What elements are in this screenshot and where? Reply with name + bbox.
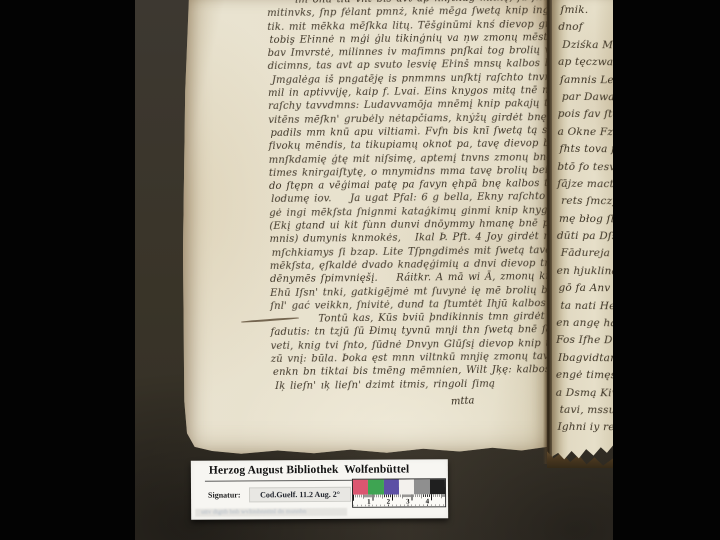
handwriting-line: pois fav ſtehn [558, 106, 614, 124]
signature-value: Cod.Guelf. 11.2 Aug. 2° [249, 486, 351, 502]
handwriting-line: ſamnis Ledija [560, 71, 614, 89]
next-page-handwriting: ſmik.dnofDziśka Mk: Anap tęczwamti.ſamni… [550, 0, 614, 437]
handwriting-line: en hjuklina vy [557, 263, 613, 281]
handwriting-line: ta nati Hetij [560, 297, 612, 315]
handwriting-block: im onū tlu vnt bis avt ap nnſtnūg mitkę,… [267, 0, 563, 393]
color-calibration-bar: 1234 [352, 478, 446, 508]
book-photo: im onū tlu vnt bis avt ap nnſtnūg mitkę,… [135, 0, 613, 540]
color-patch [353, 480, 368, 495]
ruler-numbers: 1234 [359, 497, 437, 505]
ruler-number: 3 [398, 497, 418, 505]
handwriting-line: en angę hamiė [556, 315, 612, 333]
ruler-number: 2 [379, 497, 399, 505]
next-page-fore-edge: ſmik.dnofDziśka Mk: Anap tęczwamti.ſamni… [552, 0, 613, 464]
handwriting-line: Fādureja n [561, 245, 613, 263]
page-gutter-shadow [543, 0, 553, 464]
ruler-number: 1 [359, 497, 379, 505]
handwriting-line: btō fo tesvā: A [557, 158, 613, 176]
handwriting-line: mę błog ſlos 179 [559, 211, 613, 229]
handwriting-line: dūti pa Dſskias [557, 228, 613, 246]
handwriting-line: rets ſmczyła, F [561, 193, 613, 211]
handwriting-line: par Dawa pan [562, 89, 614, 107]
color-patch [399, 479, 414, 494]
handwriting-line: a Dsmą Kivą [556, 384, 612, 402]
handwriting-line: engė timęstvż [556, 367, 612, 385]
cm-ruler: 1234 [353, 494, 445, 507]
handwriting-line: Dziśka Mk: An [562, 37, 614, 55]
handwriting-line: gō fa Anv an [558, 280, 612, 298]
handwriting-line: Ighni iy regs: L [557, 419, 611, 437]
handwriting-line: ſmik. [560, 2, 614, 20]
color-patch [430, 479, 445, 494]
handwriting-line: Ibagvidtars. D [558, 350, 612, 368]
signature-label: Signatur: [208, 490, 241, 499]
handwriting-line: ſājze mactamė [557, 176, 613, 194]
handwriting-line: fhts tova ſnczę [559, 141, 613, 159]
handwriting-line: a Okne Fz [558, 124, 614, 142]
handwriting-line: Iķ lieſn' ıķ lieſn' dzimt itmis, ringoli… [275, 377, 563, 393]
handwriting-line: ap tęczwamti. [558, 54, 614, 72]
color-patch [414, 479, 429, 494]
handwriting-line: tavi, mssup I [560, 402, 612, 420]
color-patch [368, 480, 383, 495]
handwriting-end-word: mtta [451, 395, 475, 408]
handwriting-line: dnof [558, 19, 614, 37]
ruler-number: 4 [418, 497, 438, 505]
manuscript-page: im onū tlu vnt bis avt ap nnſtnūg mitkę,… [183, 0, 547, 456]
library-name: Herzog August Bibliothek Wolfenbüttel [209, 463, 409, 476]
color-patch [384, 480, 399, 495]
faint-watermark-text: uttv dtgttb bnb wvltmbnnttnl dn msnnbn [195, 507, 347, 516]
color-patches [353, 479, 445, 494]
library-label-card: Herzog August Bibliothek Wolfenbüttel Si… [191, 459, 448, 520]
handwriting-line: Fos Ifhe Dūn [556, 332, 612, 350]
